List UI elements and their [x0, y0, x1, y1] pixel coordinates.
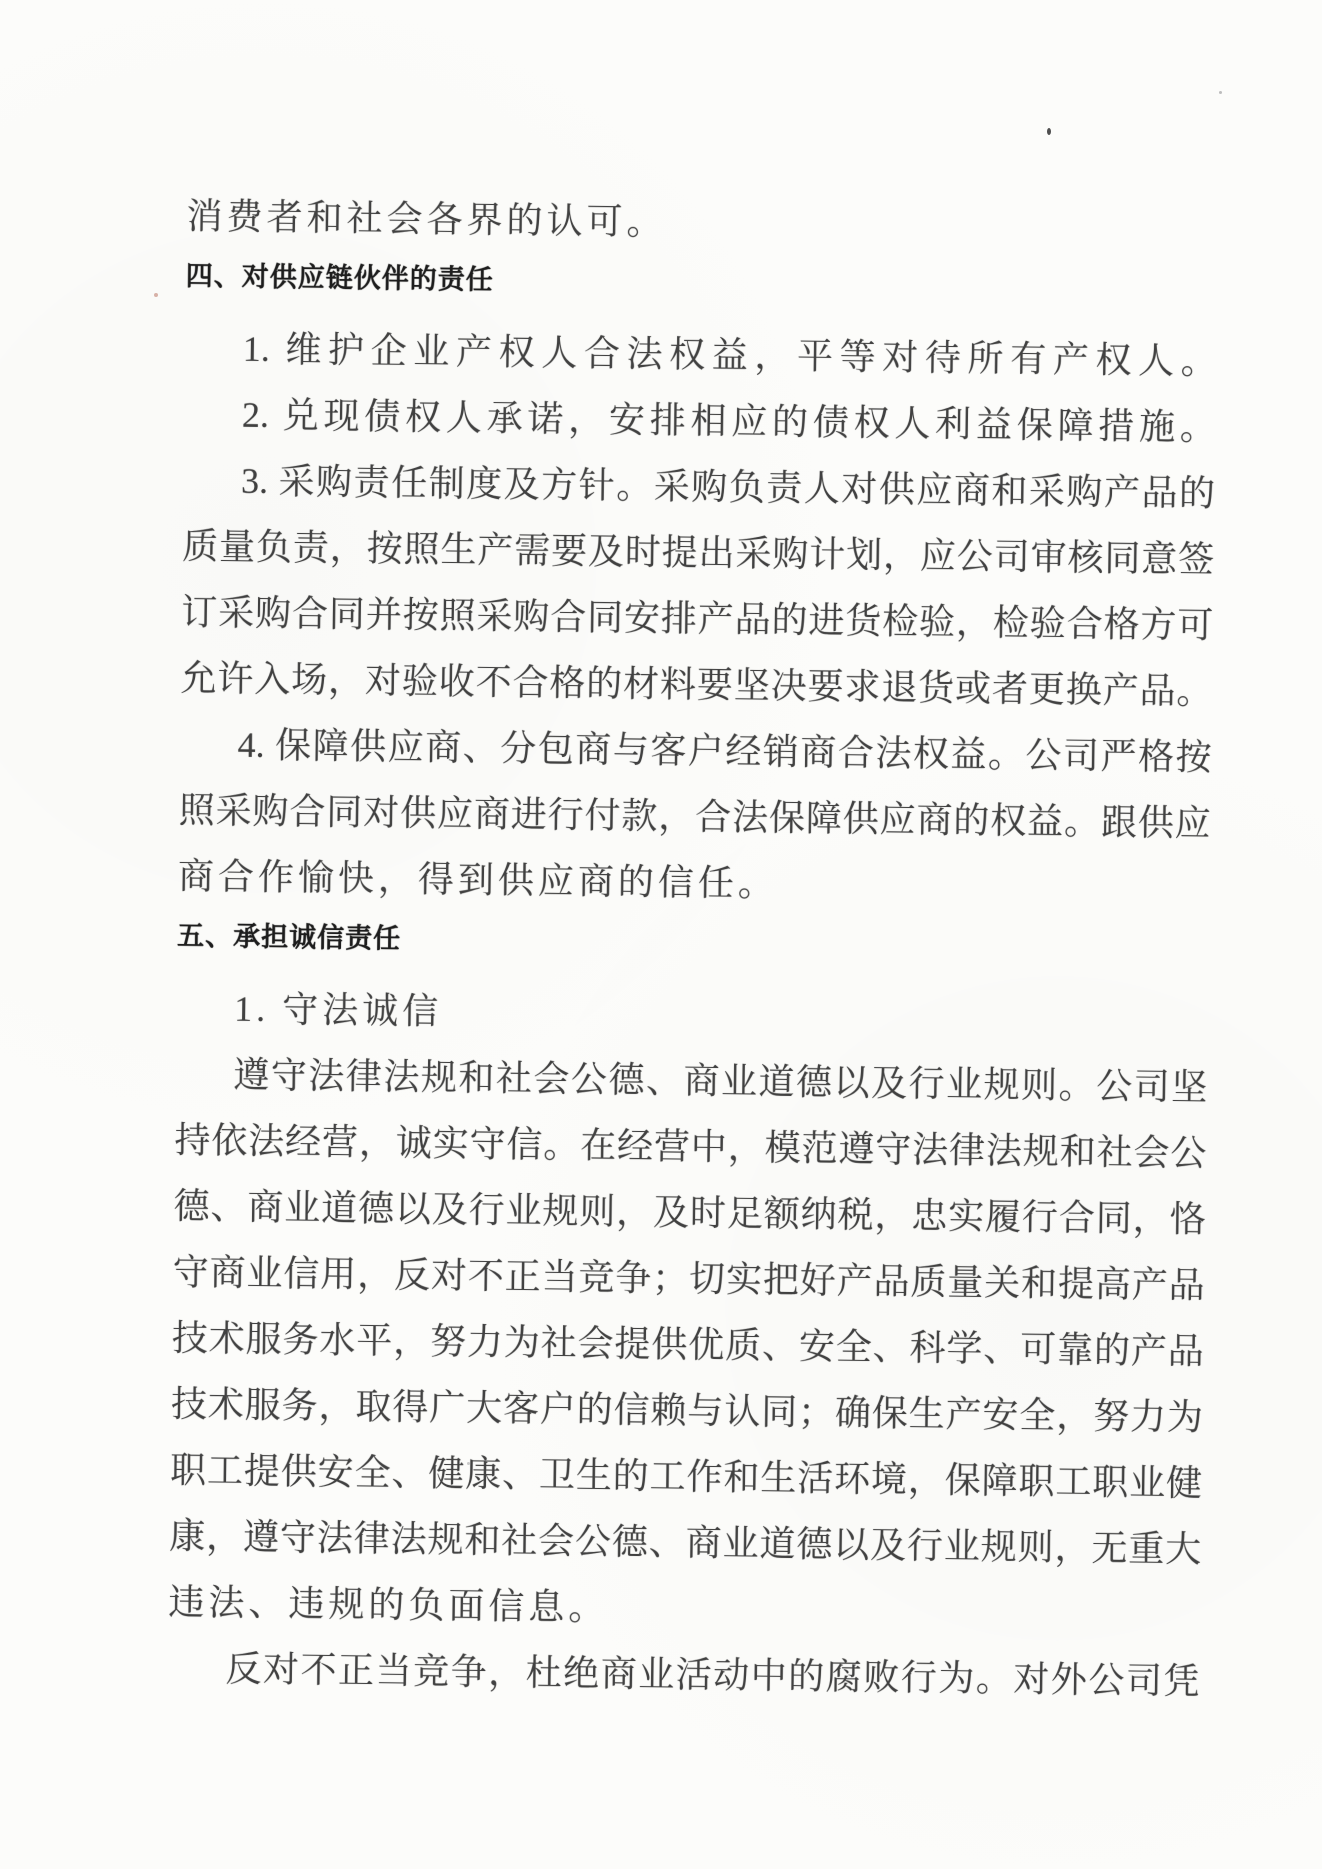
scan-speck-1 [1047, 128, 1051, 135]
text-line-23: 反对不正当竞争，杜绝商业活动中的腐败行为。对外公司凭 [167, 1635, 1200, 1715]
scan-speck-3 [154, 293, 158, 297]
scan-speck-2 [1219, 91, 1222, 94]
document-text-block: 消费者和社会各界的认可。四、对供应链伙伴的责任1. 维护企业产权人合法权益，平等… [167, 183, 1219, 1714]
scanned-document-page: 消费者和社会各界的认可。四、对供应链伙伴的责任1. 维护企业产权人合法权益，平等… [0, 0, 1322, 1869]
